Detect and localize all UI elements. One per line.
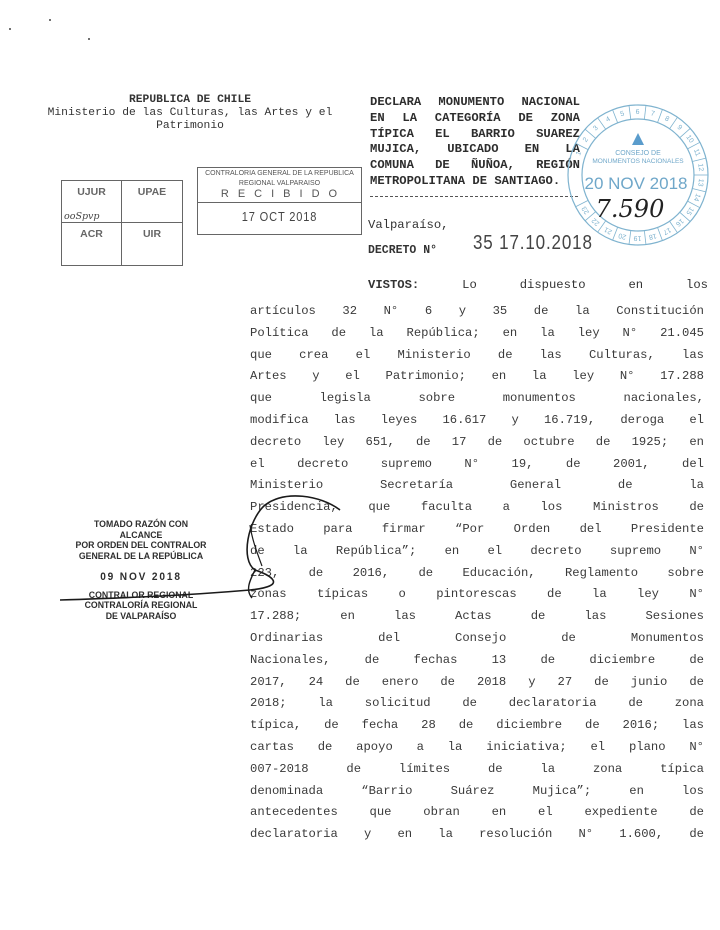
body-line: 007-2018 de límites de la zona típica bbox=[250, 759, 704, 781]
decree-number-stamp: 35 17.10.2018 bbox=[473, 232, 593, 255]
toma-razon-line5: CONTRALORÍA REGIONAL bbox=[72, 601, 210, 612]
stamp-ring-number: 1 bbox=[575, 150, 583, 156]
toma-razon-line1: TOMADO RAZÓN CON ALCANCE bbox=[72, 520, 210, 541]
body-line: típica, de fecha 28 de diciembre de 2016… bbox=[250, 715, 704, 737]
body-line: Ministerio Secretaría General de la bbox=[250, 475, 704, 497]
cmn-received-stamp: 1234567891011121314151617181920212223 CO… bbox=[542, 103, 712, 253]
scan-speck bbox=[9, 28, 11, 30]
cmn-date: 20 NOV 2018 bbox=[584, 174, 687, 193]
vistos-body: artículos 32 N° 6 y 35 de la Constitució… bbox=[250, 301, 704, 846]
toma-razon-line6: DE VALPARAÍSO bbox=[72, 612, 210, 623]
toma-razon-date: 09 NOV 2018 bbox=[72, 572, 210, 583]
body-line: declaratoria y en la resolución N° 1.600… bbox=[250, 824, 704, 846]
body-line: Estado para firmar “Por Orden del Presid… bbox=[250, 519, 704, 541]
body-line: antecedentes que obran en el expediente … bbox=[250, 802, 704, 824]
body-line: cartas de apoyo a la iniciativa; el plan… bbox=[250, 737, 704, 759]
stamp-ring-number: 6 bbox=[636, 109, 640, 116]
stamp-ring-number: 17 bbox=[662, 226, 672, 236]
recibido-org-line1: CONTRALORIA GENERAL DE LA REPUBLICA bbox=[198, 168, 361, 178]
stamp-ring-number: 21 bbox=[603, 225, 613, 235]
issuer-header: REPUBLICA DE CHILE Ministerio de las Cul… bbox=[40, 94, 340, 133]
decree-number-label: DECRETO N° bbox=[368, 244, 437, 257]
body-line: el decreto supremo N° 19, de 2001, del bbox=[250, 454, 704, 476]
body-line: artículos 32 N° 6 y 35 de la Constitució… bbox=[250, 301, 704, 323]
vistos-word: dispuesto bbox=[520, 278, 586, 292]
routing-cell-upae: UPAE bbox=[122, 181, 182, 223]
stamp-ring-number: 11 bbox=[692, 148, 701, 157]
vistos-word: los bbox=[686, 278, 708, 292]
body-line: modifica las leyes 16.617 y 16.719, dero… bbox=[250, 410, 704, 432]
cmn-org-line1: CONSEJO DE bbox=[615, 150, 661, 157]
body-line: Ordinarias del Consejo de Monumentos bbox=[250, 628, 704, 650]
body-line: Artes y el Patrimonio; en la ley N° 17.2… bbox=[250, 366, 704, 388]
body-line: denominada “Barrio Suárez Mujica”; en lo… bbox=[250, 781, 704, 803]
body-line: Nacionales, de fechas 13 de diciembre de bbox=[250, 650, 704, 672]
stamp-ring-number: 4 bbox=[605, 116, 612, 124]
stamp-ring-number: 9 bbox=[676, 124, 684, 132]
vistos-word: Lo bbox=[462, 278, 477, 292]
body-line: Presidencia, que faculta a los Ministros… bbox=[250, 497, 704, 519]
stamp-ring-number: 12 bbox=[696, 163, 704, 172]
scan-speck bbox=[88, 38, 90, 40]
scan-speck bbox=[49, 19, 51, 21]
toma-razon-line2: POR ORDEN DEL CONTRALOR bbox=[72, 541, 210, 552]
body-line: 2018; la solicitud de declaratoria de zo… bbox=[250, 693, 704, 715]
recibido-date: 17 OCT 2018 bbox=[210, 203, 349, 224]
stamp-ring-number: 10 bbox=[684, 134, 694, 144]
place-of-issue: Valparaíso, bbox=[368, 218, 448, 232]
vistos-first-line: VISTOS: Lo dispuesto en los bbox=[368, 278, 708, 292]
toma-razon-line3: GENERAL DE LA REPÚBLICA bbox=[72, 552, 210, 563]
stamp-ring-number: 20 bbox=[618, 231, 627, 240]
stamp-ring-number: 3 bbox=[592, 125, 600, 133]
cmn-handwritten-number: 7.590 bbox=[596, 195, 665, 223]
body-line: de la República”; en el decreto supremo … bbox=[250, 541, 704, 563]
stamp-ring-number: 7 bbox=[650, 110, 656, 118]
stamp-ring-number: 2 bbox=[582, 136, 590, 143]
republic-name: REPUBLICA DE CHILE bbox=[40, 94, 340, 107]
stamp-ring-number: 23 bbox=[581, 205, 591, 215]
recibido-org-line2: REGIONAL VALPARAISO bbox=[198, 178, 361, 188]
body-line: que crea el Ministerio de las Culturas, … bbox=[250, 345, 704, 367]
toma-razon-stamp: TOMADO RAZÓN CON ALCANCE POR ORDEN DEL C… bbox=[72, 520, 210, 622]
vistos-label: VISTOS: bbox=[368, 278, 419, 292]
stamp-ring-number: 5 bbox=[620, 110, 626, 118]
routing-cell-acr: ACR bbox=[62, 223, 122, 265]
routing-cell-uir: UIR bbox=[122, 223, 182, 265]
stamp-ring-number: 8 bbox=[663, 115, 670, 123]
stamp-ring-number: 13 bbox=[696, 178, 704, 187]
cmn-org-line2: MONUMENTOS NACIONALES bbox=[592, 158, 684, 165]
stamp-ring-number: 19 bbox=[634, 234, 642, 241]
stamp-ring-number: 16 bbox=[674, 217, 685, 227]
body-line: 223, de 2016, de Educación, Reglamento s… bbox=[250, 563, 704, 585]
routing-stamp: UJUR UPAE ACR UIR ooSpvp bbox=[61, 180, 183, 266]
stamp-ring-number: 15 bbox=[684, 206, 694, 216]
body-line: zonas típicas o pintorescas de la ley N° bbox=[250, 584, 704, 606]
body-line: 2017, 24 de enero de 2018 y 27 de junio … bbox=[250, 672, 704, 694]
body-line: 17.288; en las Actas de las Sesiones bbox=[250, 606, 704, 628]
handwritten-note: ooSpvp bbox=[64, 211, 99, 222]
recibido-stamp: CONTRALORIA GENERAL DE LA REPUBLICA REGI… bbox=[197, 167, 362, 235]
recibido-label: RECIBIDO bbox=[198, 188, 361, 200]
stamp-ring-number: 14 bbox=[692, 192, 701, 202]
vistos-word: en bbox=[628, 278, 643, 292]
body-line: decreto ley 651, de 17 de octubre de 192… bbox=[250, 432, 704, 454]
ministry-name-line2: Patrimonio bbox=[40, 120, 340, 133]
body-line: que legisla sobre monumentos nacionales, bbox=[250, 388, 704, 410]
stamp-ring-number: 18 bbox=[648, 232, 657, 241]
triangle-logo-icon bbox=[632, 133, 644, 145]
body-line: Política de la República; en la ley N° 2… bbox=[250, 323, 704, 345]
ministry-name-line1: Ministerio de las Culturas, las Artes y … bbox=[40, 107, 340, 120]
